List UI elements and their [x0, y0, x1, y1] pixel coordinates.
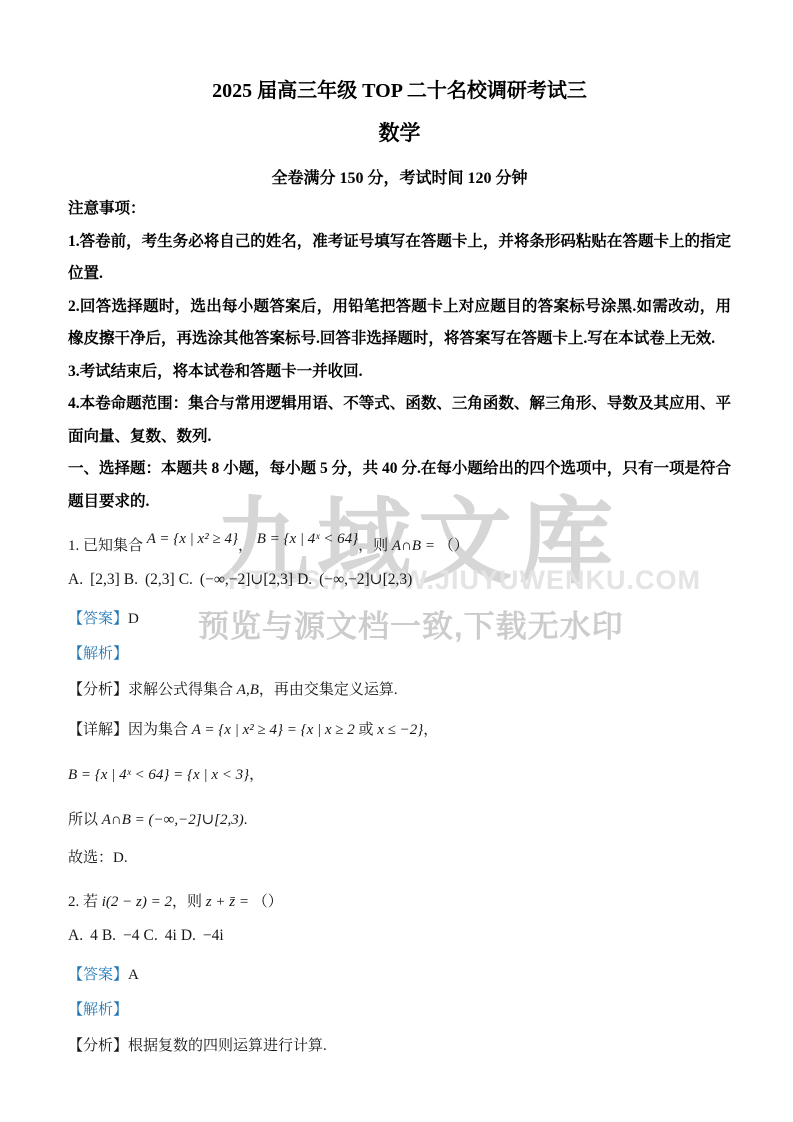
q1-detail-formula-1: A = {x | x² ≥ 4} = {x | x ≥ 2 — [192, 722, 355, 738]
question-2-answer-line: 【答案】A — [68, 964, 731, 986]
q2-option-a-label: A. — [68, 927, 83, 944]
q1-option-c-value: (−∞,−2]∪[2,3] — [200, 571, 293, 588]
q2-option-b: B.−4 — [102, 927, 140, 944]
q1-formula-set-b: B = {x | 4ˣ < 64} — [257, 532, 358, 547]
question-1-detail-line-3: 所以 A∩B = (−∞,−2]∪[2,3). — [68, 805, 731, 831]
q1-option-d-label: D. — [297, 571, 312, 588]
q2-method-tag: 【分析】 — [68, 1038, 128, 1054]
question-1-conclusion: 故选：D. — [68, 847, 731, 869]
q1-formula-set-a: A = {x | x² ≥ 4} — [147, 532, 238, 547]
q1-method-tag: 【分析】 — [68, 682, 128, 698]
q1-detail-line3-prefix: 所以 — [68, 812, 98, 828]
q1-option-b-value: (2,3] — [145, 571, 175, 588]
notice-item-3: 3.考试结束后，将本试卷和答题卡一并收回. — [68, 356, 731, 389]
q2-separator: ，则 — [172, 894, 202, 910]
q1-detail-tag: 【详解】 — [68, 722, 128, 738]
exam-subject: 数学 — [68, 117, 731, 147]
questions-area: 1. 已知集合 A = {x | x² ≥ 4}， B = {x | 4ˣ < … — [68, 523, 731, 1057]
q2-option-a: A.4 — [68, 927, 98, 944]
q2-answer-tag: 【答案】 — [68, 967, 128, 983]
q1-detail-formula-2: x ≤ −2} — [377, 722, 423, 738]
question-1-analysis-tag-line: 【解析】 — [68, 643, 731, 665]
q1-detail-formula-b: B = {x | 4ˣ < 64} = {x | x < 3} — [68, 767, 249, 783]
q1-option-c: C.(−∞,−2]∪[2,3] — [179, 571, 293, 588]
question-1-answer-line: 【答案】D — [68, 608, 731, 630]
q1-option-a-label: A. — [68, 571, 83, 588]
q1-answer-tag: 【答案】 — [68, 611, 128, 627]
q1-option-a-value: [2,3] — [90, 571, 120, 588]
q2-option-d-label: D. — [181, 927, 196, 944]
q1-option-c-label: C. — [179, 571, 193, 588]
q1-detail-prefix: 因为集合 — [128, 722, 188, 738]
q1-formula-intersection: A∩B = — [392, 538, 435, 554]
q2-option-d: D.−4i — [181, 927, 224, 944]
q2-option-b-label: B. — [102, 927, 116, 944]
exam-title: 2025 届高三年级 TOP 二十名校调研考试三 — [68, 74, 731, 103]
q2-analysis-tag: 【解析】 — [68, 1002, 128, 1018]
q2-answer-value: A — [128, 967, 139, 983]
q2-method-text: 根据复数的四则运算进行计算. — [128, 1038, 327, 1054]
question-2-method-line: 【分析】根据复数的四则运算进行计算. — [68, 1035, 731, 1057]
q2-choice-paren: （） — [253, 894, 283, 910]
question-2-options: A.4B.−4C.4iD.−4i — [68, 925, 731, 947]
q2-option-a-value: 4 — [90, 927, 98, 944]
exam-info-line: 全卷满分 150 分，考试时间 120 分钟 — [68, 165, 731, 188]
q2-option-c-label: C. — [144, 927, 158, 944]
q1-detail-line3-period: . — [244, 812, 248, 828]
question-2-stem: 2. 若 i(2 − z) = 2，则 z + z̄ = （） — [68, 888, 731, 913]
q2-option-c: C.4i — [144, 927, 177, 944]
q1-option-d-value: (−∞,−2]∪[2,3) — [319, 571, 412, 588]
notice-item-2: 2.回答选择题时，选出每小题答案后，用铅笔把答题卡上对应题目的答案标号涂黑.如需… — [68, 291, 731, 356]
question-1-detail-line: 【详解】因为集合 A = {x | x² ≥ 4} = {x | x ≥ 2 或… — [68, 714, 731, 741]
question-1-stem: 1. 已知集合 A = {x | x² ≥ 4}， B = {x | 4ˣ < … — [68, 523, 731, 557]
notice-item-1: 1.答卷前，考生务必将自己的姓名，准考证号填写在答题卡上，并将条形码粘贴在答题卡… — [68, 226, 731, 291]
q1-choice-paren: （） — [439, 538, 469, 554]
q1-analysis-tag: 【解析】 — [68, 646, 128, 662]
notice-heading: 注意事项： — [68, 193, 731, 226]
section-one-heading: 一、选择题：本题共 8 小题，每小题 5 分，共 40 分.在每小题给出的四个选… — [68, 453, 731, 518]
q1-option-a: A.[2,3] — [68, 571, 120, 588]
document-content: 2025 届高三年级 TOP 二十名校调研考试三 数学 全卷满分 150 分，考… — [0, 0, 793, 1122]
q1-detail-line2-comma: ， — [249, 767, 264, 783]
q1-method-vars: A,B — [237, 682, 259, 698]
q2-option-c-value: 4i — [165, 927, 177, 944]
q1-separator-2: ，则 — [358, 538, 388, 554]
q1-detail-line3-formula: A∩B = (−∞,−2]∪[2,3) — [102, 812, 244, 828]
q1-separator: ， — [238, 538, 253, 554]
q1-stem-prefix: 1. 已知集合 — [68, 538, 143, 554]
q1-option-b-label: B. — [124, 571, 138, 588]
question-1-options: A.[2,3]B.(2,3]C.(−∞,−2]∪[2,3]D.(−∞,−2]∪[… — [68, 569, 731, 591]
notice-block: 注意事项： 1.答卷前，考生务必将自己的姓名，准考证号填写在答题卡上，并将条形码… — [68, 193, 731, 518]
q2-option-d-value: −4i — [203, 927, 224, 944]
question-1-detail-line-2: B = {x | 4ˣ < 64} = {x | x < 3}， — [68, 760, 731, 786]
q1-answer-value: D — [128, 611, 139, 627]
q2-stem-prefix: 2. 若 — [68, 894, 98, 910]
q1-detail-or: 或 — [359, 722, 374, 738]
notice-item-4: 4.本卷命题范围：集合与常用逻辑用语、不等式、函数、三角函数、解三角形、导数及其… — [68, 388, 731, 453]
question-1-method-line: 【分析】求解公式得集合 A,B，再由交集定义运算. — [68, 679, 731, 701]
q2-formula-equation: i(2 − z) = 2 — [102, 894, 172, 910]
question-2-analysis-tag-line: 【解析】 — [68, 999, 731, 1021]
q2-option-b-value: −4 — [123, 927, 140, 944]
q1-method-suffix: ，再由交集定义运算. — [259, 682, 398, 698]
q1-method-prefix: 求解公式得集合 — [128, 682, 233, 698]
q2-formula-conjugate: z + z̄ = — [206, 894, 249, 910]
q1-detail-comma: ， — [423, 722, 438, 738]
exam-document-page: 九域文库 HTTPS://WWW.JIUYUWENKU.COM 预览与源文档一致… — [0, 0, 793, 1122]
q1-option-d: D.(−∞,−2]∪[2,3) — [297, 571, 412, 588]
q1-option-b: B.(2,3] — [124, 571, 175, 588]
